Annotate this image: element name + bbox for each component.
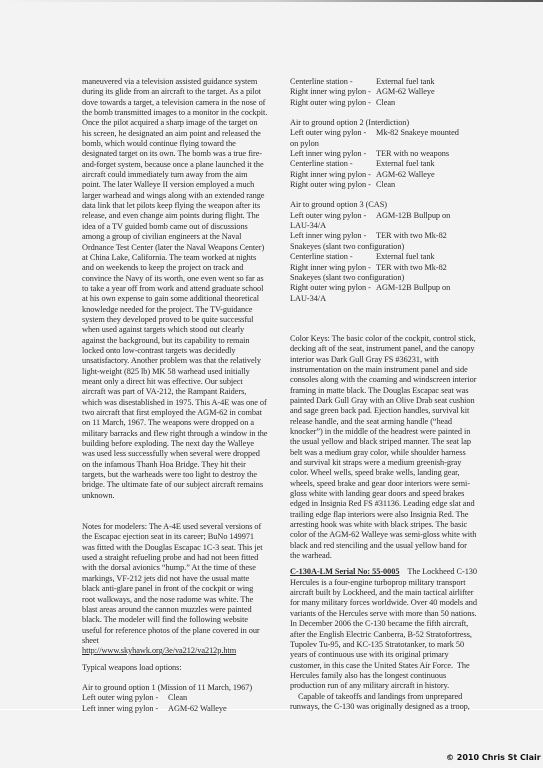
station-load: Mk-82 Snakeye mounted (376, 128, 478, 138)
right-column: Centerline station - External fuel tank … (290, 77, 478, 712)
c130-section: C-130A-LM Serial No: 55-0005 The Lockhee… (290, 567, 478, 691)
station-load-wrap: Snakeyes (slant two configuration) (290, 273, 478, 283)
page-top-edge (0, 0, 543, 2)
copyright-watermark: © 2010 Chris St Clair (446, 753, 541, 762)
station-label: Left inner wing pylon - (290, 231, 376, 241)
station-load: External fuel tank (376, 252, 478, 262)
station-load: External fuel tank (376, 159, 478, 169)
station-load: TER with two Mk-82 (376, 231, 478, 241)
station-label: Centerline station - (290, 77, 376, 87)
loadout-row: Right inner wing pylon - AGM-62 Walleye (290, 87, 478, 97)
station-label: Centerline station - (290, 252, 376, 262)
loadout-row: Left inner wing pylon - TER with no weap… (290, 149, 478, 159)
option-3-title: Air to ground option 3 (CAS) (290, 200, 478, 210)
c130-heading: C-130A-LM Serial No: 55-0005 (290, 567, 399, 576)
reference-link[interactable]: http://www.skyhawk.org/3e/va212/va212p.h… (82, 646, 236, 655)
station-label: Right outer wing pylon - (290, 283, 376, 293)
station-load: AGM-62 Walleye (376, 87, 478, 97)
station-load: Clean (376, 180, 478, 190)
loadout-row: Left inner wing pylon - TER with two Mk-… (290, 231, 478, 241)
loadout-row: Right outer wing pylon - AGM-12B Bullpup… (290, 283, 478, 293)
c130-paragraph-2: Capable of takeoffs and landings from un… (290, 692, 478, 713)
station-label: Left inner wing pylon - (290, 149, 376, 159)
station-load: TER with no weapons (376, 149, 478, 159)
loadout-row: Left inner wing pylon - AGM-62 Walleye (82, 704, 268, 714)
option-1-title: Air to ground option 1 (Mission of 11 Ma… (82, 683, 268, 693)
loadout-row: Left outer wing pylon - AGM-12B Bullpup … (290, 211, 478, 221)
station-label: Right inner wing pylon - (290, 263, 376, 273)
station-load-wrap: on pylon (290, 139, 478, 149)
loadout-row: Left outer wing pylon - Clean (82, 693, 268, 703)
station-load-wrap: LAU-34/A (290, 294, 478, 304)
station-label: Left inner wing pylon - (82, 704, 168, 714)
loadout-row: Centerline station - External fuel tank (290, 159, 478, 169)
station-load: AGM-12B Bullpup on (376, 211, 478, 221)
notes-text: Notes for modelers: The A-4E used severa… (82, 522, 263, 645)
loadout-row: Right outer wing pylon - Clean (290, 180, 478, 190)
station-label: Right outer wing pylon - (290, 180, 376, 190)
station-load-wrap: LAU-34/A (290, 221, 478, 231)
loadout-row: Right outer wing pylon - Clean (290, 98, 478, 108)
station-load: AGM-62 Walleye (376, 170, 478, 180)
color-keys-paragraph: Color Keys: The basic color of the cockp… (290, 334, 478, 562)
loadout-row: Right inner wing pylon - AGM-62 Walleye (290, 170, 478, 180)
c130-paragraph-1: The Lockheed C-130 Hercules is a four-en… (290, 567, 479, 690)
station-load: AGM-12B Bullpup on (376, 283, 478, 293)
loadout-row: Centerline station - External fuel tank (290, 252, 478, 262)
walleye-history-paragraph: maneuvered via a television assisted gui… (82, 77, 268, 501)
loadout-row: Centerline station - External fuel tank (290, 77, 478, 87)
left-column: maneuvered via a television assisted gui… (82, 77, 268, 714)
loadout-row: Right inner wing pylon - TER with two Mk… (290, 263, 478, 273)
weapons-intro: Typical weapons load options: (82, 663, 268, 673)
station-label: Centerline station - (290, 159, 376, 169)
station-load: Clean (376, 98, 478, 108)
station-load-wrap: Snakeyes (slant two configuration) (290, 242, 478, 252)
option-2-title: Air to ground option 2 (Interdiction) (290, 118, 478, 128)
station-label: Left outer wing pylon - (82, 693, 168, 703)
loadout-row: Left outer wing pylon - Mk-82 Snakeye mo… (290, 128, 478, 138)
station-label: Right inner wing pylon - (290, 170, 376, 180)
station-label: Left outer wing pylon - (290, 211, 376, 221)
notes-for-modelers-paragraph: Notes for modelers: The A-4E used severa… (82, 522, 268, 656)
station-load: AGM-62 Walleye (168, 704, 268, 714)
station-label: Right outer wing pylon - (290, 98, 376, 108)
station-load: TER with two Mk-82 (376, 263, 478, 273)
station-label: Right inner wing pylon - (290, 87, 376, 97)
station-load: External fuel tank (376, 77, 478, 87)
station-label: Left outer wing pylon - (290, 128, 376, 138)
station-load: Clean (168, 693, 268, 703)
